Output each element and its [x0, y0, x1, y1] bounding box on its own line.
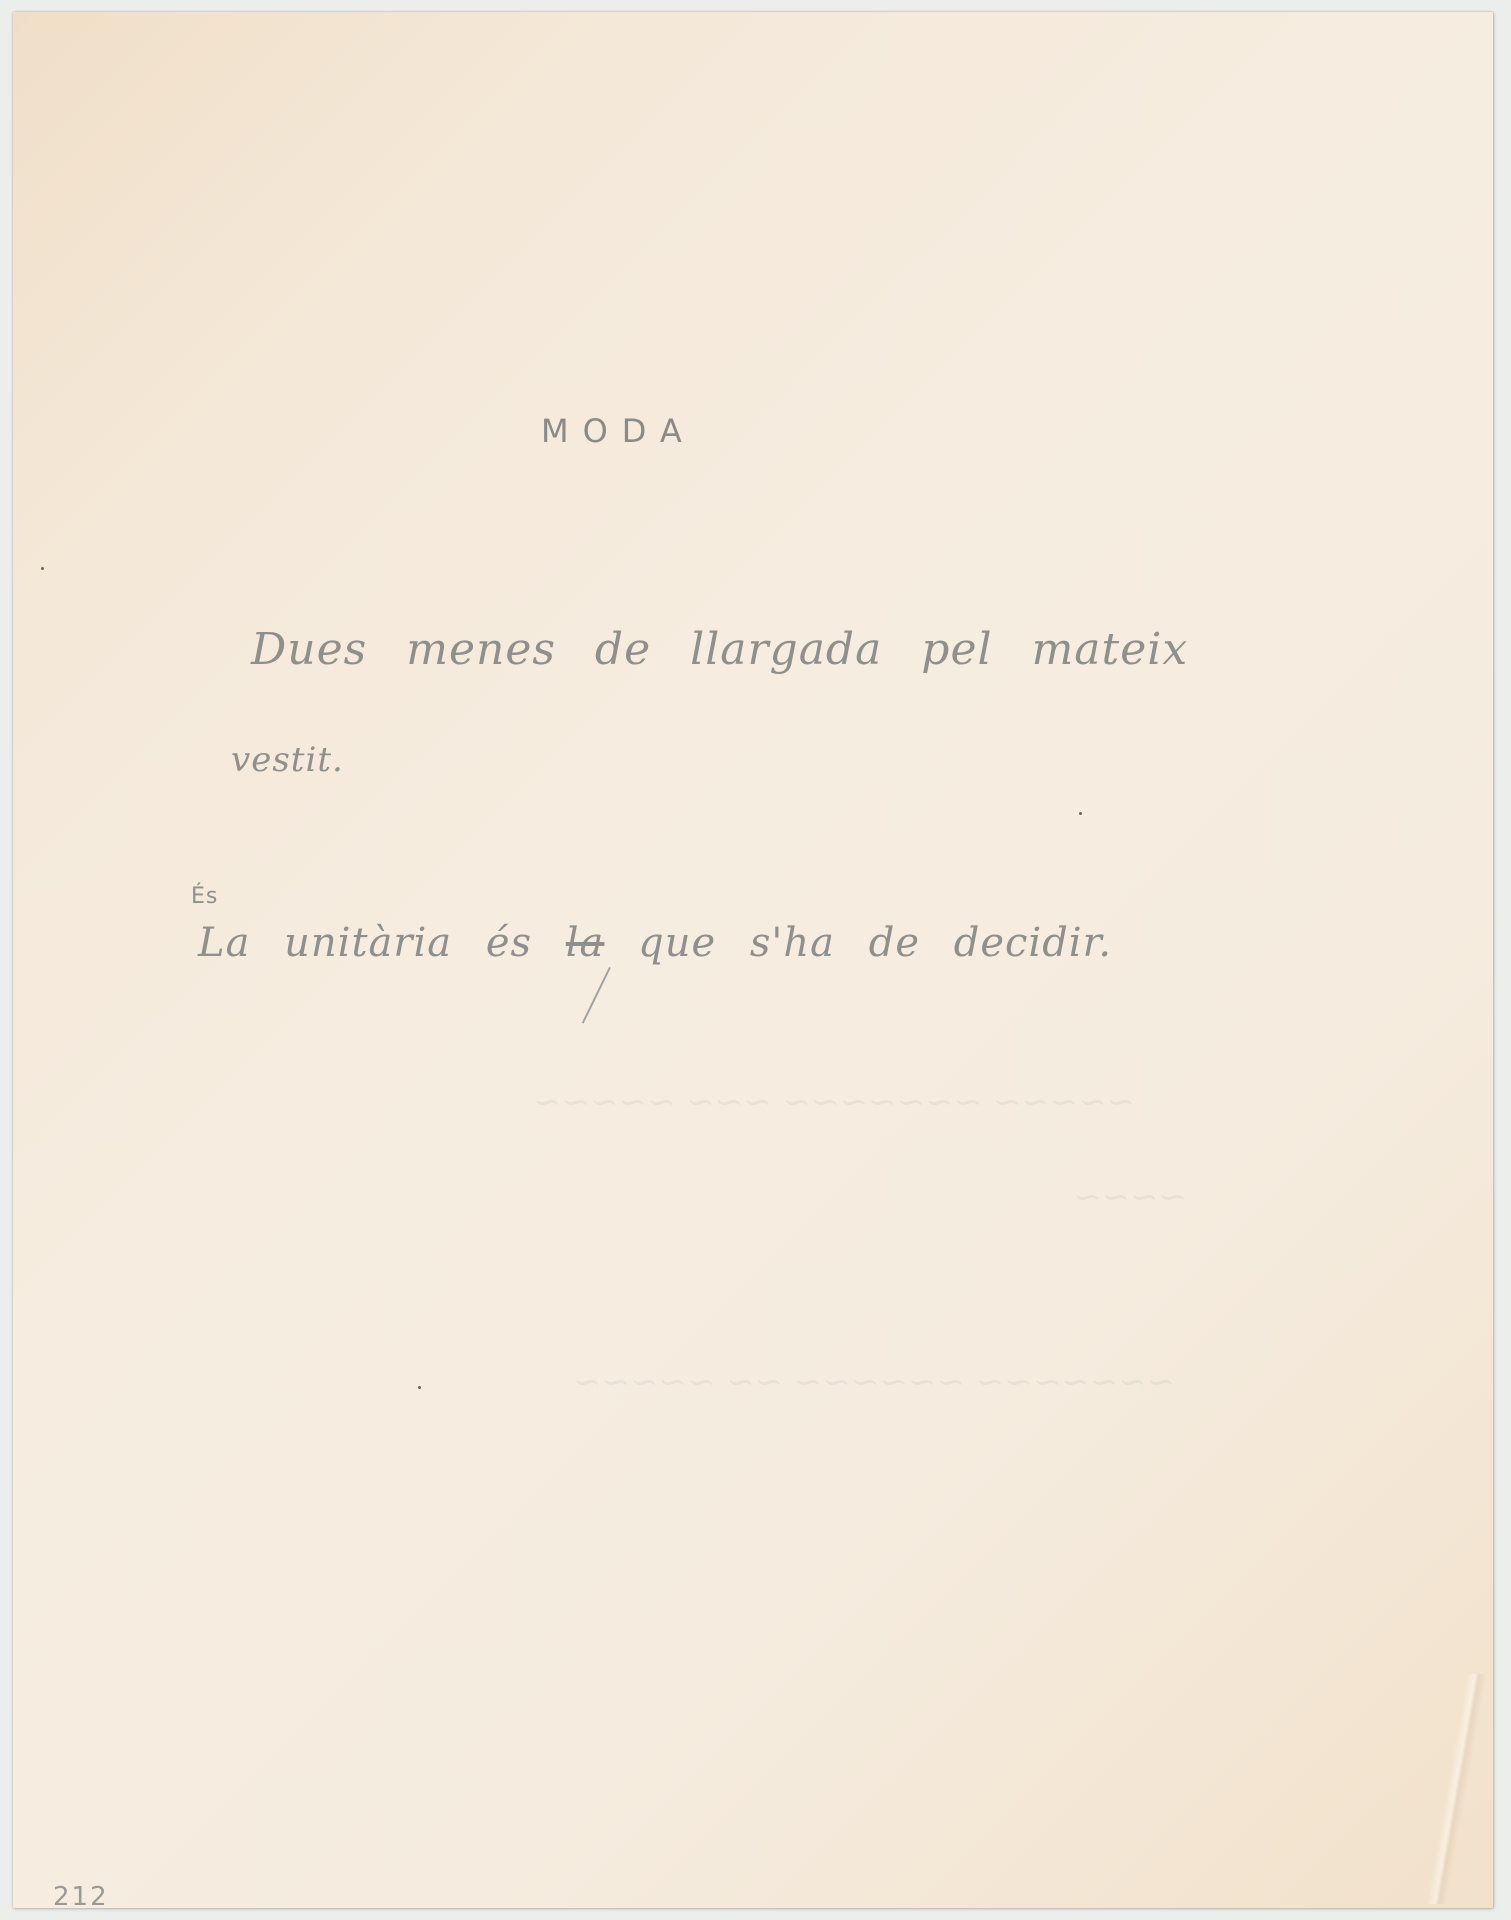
handwritten-line-2: vestit. — [231, 740, 344, 780]
paper-sheet: MODA Dues menes de llargada pel mateix v… — [13, 12, 1493, 1908]
document-title: MODA — [541, 412, 696, 450]
insertion-mark: És — [191, 884, 218, 909]
page-number: 212 — [53, 1882, 109, 1912]
bleed-through-text: ~~~~~ ~~~~~~~ ~~~ ~~~~~ — [533, 1082, 1135, 1122]
handwritten-line-1: Dues menes de llargada pel mateix — [251, 624, 1188, 675]
handwritten-line-3: La unitària és la que s'ha de decidir. — [198, 920, 1112, 966]
paper-speck — [1079, 812, 1082, 815]
line3-after: que s'ha de decidir. — [638, 920, 1112, 966]
bleed-through-text: ~~~~ — [1073, 1177, 1187, 1217]
struck-word: la — [566, 920, 605, 966]
line3-es: és — [486, 920, 532, 966]
line3-before: La unitària — [198, 920, 452, 966]
pencil-stroke — [582, 967, 611, 1024]
paper-speck — [41, 567, 44, 570]
bleed-through-text: ~~~~~~~ ~~~~~~ ~~ ~~~~~ — [573, 1362, 1175, 1402]
paper-speck — [418, 1386, 421, 1389]
